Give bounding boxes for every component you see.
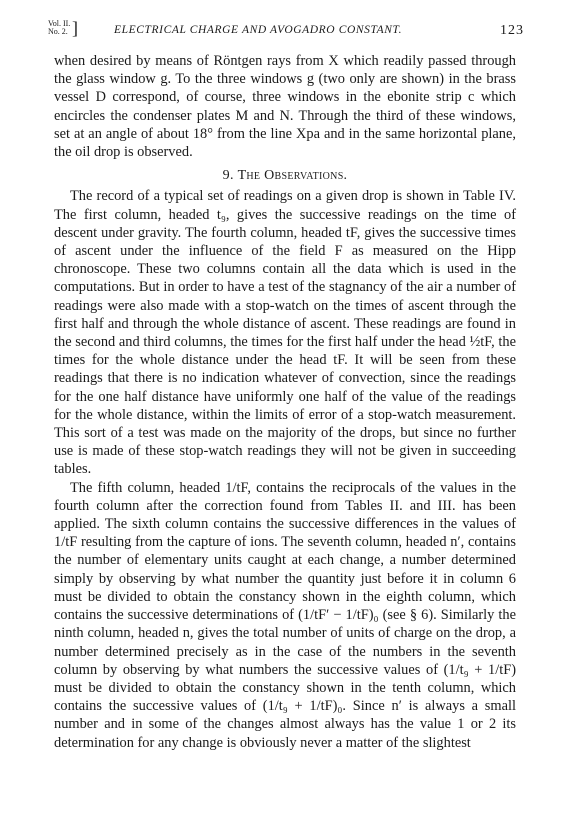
paragraph-observations: The record of a typical set of readings … [54, 187, 516, 478]
section-number: 9. [223, 168, 234, 183]
paragraph-continuation: when desired by means of Röntgen rays fr… [54, 52, 516, 161]
running-title: ELECTRICAL CHARGE AND AVOGADRO CONSTANT. [114, 24, 402, 36]
paragraph-fifth-column: The fifth column, headed 1/tF, contains … [54, 479, 516, 752]
page-number: 123 [500, 23, 524, 39]
bracket-glyph: ] [72, 19, 78, 37]
section-heading: 9. The Observations. [54, 167, 516, 185]
running-header: Vol. II. No. 2. ] ELECTRICAL CHARGE AND … [48, 20, 528, 44]
section-title: The Observations. [238, 168, 348, 183]
page-body: when desired by means of Röntgen rays fr… [54, 52, 516, 752]
volume-issue-label: Vol. II. No. 2. ] [48, 20, 70, 36]
issue-number: No. 2. [48, 28, 70, 36]
